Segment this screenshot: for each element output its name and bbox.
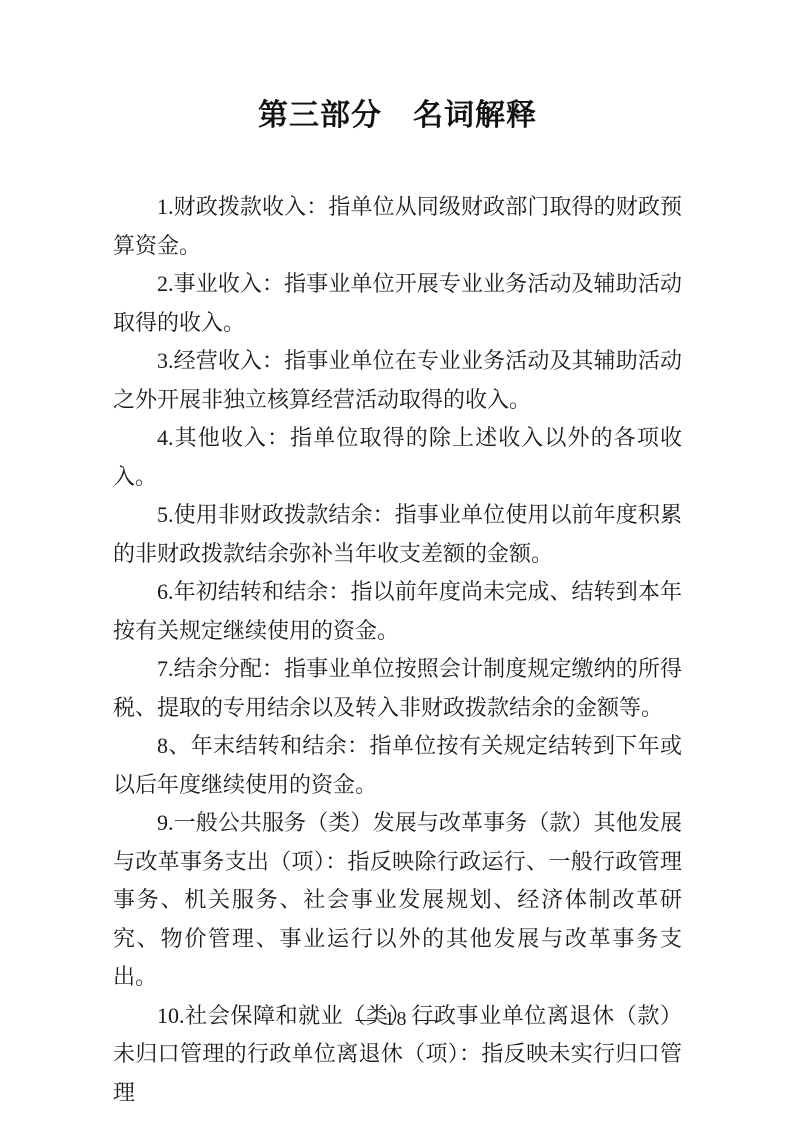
paragraph-7: 7.结余分配：指事业单位按照会计制度规定缴纳的所得税、提取的专用结余以及转入非财… (113, 650, 682, 727)
paragraph-1: 1.财政拨款收入：指单位从同级财政部门取得的财政预算资金。 (113, 188, 682, 265)
paragraph-2: 2.事业收入：指事业单位开展专业业务活动及辅助活动取得的收入。 (113, 265, 682, 342)
paragraph-6: 6.年初结转和结余：指以前年度尚未完成、结转到本年按有关规定继续使用的资金。 (113, 573, 682, 650)
paragraph-5: 5.使用非财政拨款结余：指事业单位使用以前年度积累的非财政拨款结余弥补当年收支差… (113, 496, 682, 573)
paragraph-9: 9.一般公共服务（类）发展与改革事务（款）其他发展与改革事务支出（项）：指反映除… (113, 804, 682, 997)
paragraph-4: 4.其他收入：指单位取得的除上述收入以外的各项收入。 (113, 419, 682, 496)
page-number: — 18 — (0, 1008, 793, 1031)
paragraph-3: 3.经营收入：指事业单位在专业业务活动及其辅助活动之外开展非独立核算经营活动取得… (113, 342, 682, 419)
page-title: 第三部分 名词解释 (113, 0, 682, 136)
document-body: 1.财政拨款收入：指单位从同级财政部门取得的财政预算资金。 2.事业收入：指事业… (113, 188, 682, 1112)
document-page: 第三部分 名词解释 1.财政拨款收入：指单位从同级财政部门取得的财政预算资金。 … (0, 0, 793, 1122)
paragraph-8: 8、年末结转和结余：指单位按有关规定结转到下年或以后年度继续使用的资金。 (113, 727, 682, 804)
